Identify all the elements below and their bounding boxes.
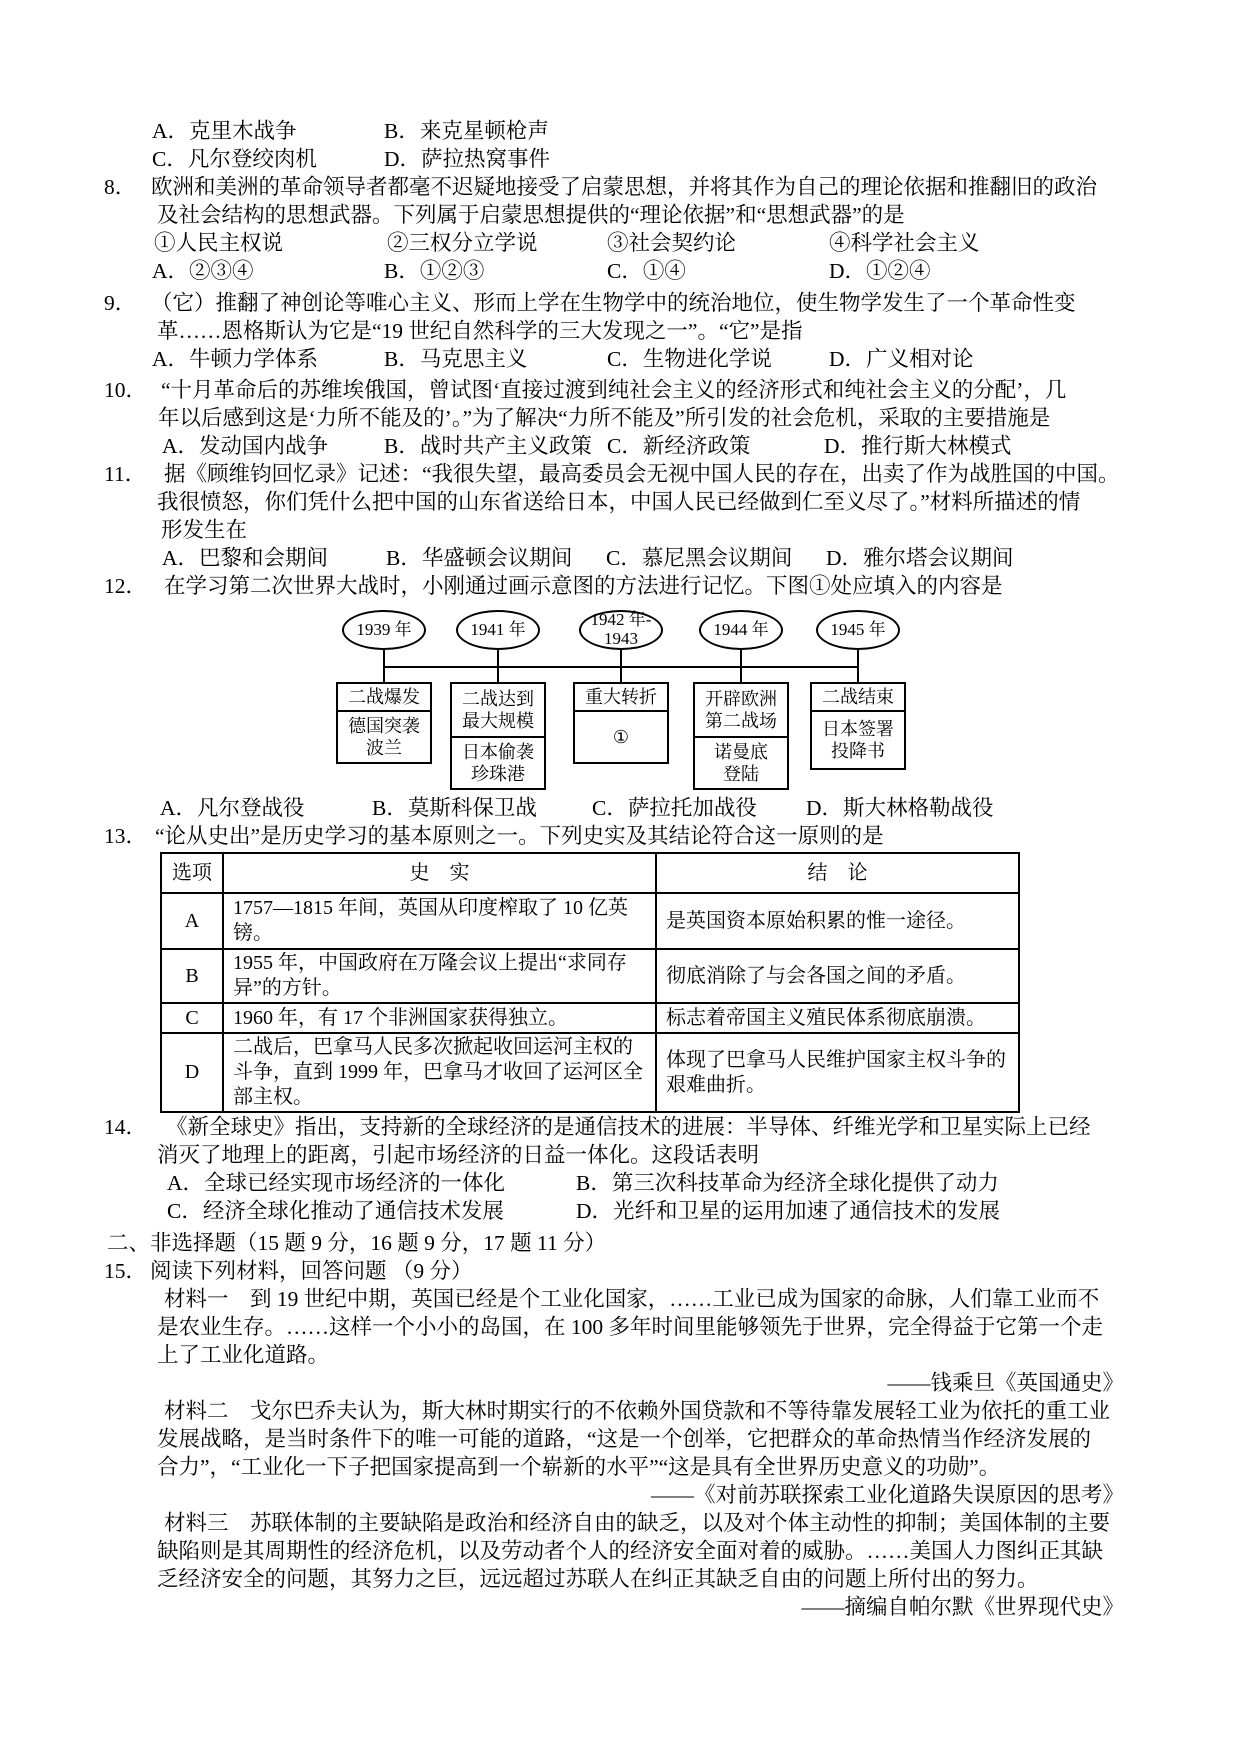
q14-options-row-1-seg-1: B．第三次科技革命为经济全球化提供了动力	[576, 1169, 999, 1197]
timeline-event-box-2: 重大转折①	[573, 682, 669, 764]
q8-options-seg-2: C．①④	[607, 257, 686, 285]
table-header-0: 选项	[161, 853, 223, 893]
timeline-event-label-0: 二战爆发	[338, 684, 430, 712]
timeline-connector-0	[383, 650, 385, 682]
table-cell-A-fact: 1757—1815 年间，英国从印度榨取了 10 亿英镑。	[223, 893, 656, 949]
timeline-connector-2	[620, 650, 622, 682]
table-row-C: C1960 年，有 17 个非洲国家获得独立。标志着帝国主义殖民体系彻底崩溃。	[161, 1003, 1019, 1033]
q15-material-2-source-seg-0: ——《对前苏联探索工业化道路失误原因的思考》	[651, 1481, 1124, 1509]
timeline-event-box-4: 二战结束日本签署 投降书	[810, 682, 906, 770]
timeline-event-detail-2: ①	[575, 712, 667, 762]
q10-options-seg-0: A．发动国内战争	[162, 432, 328, 460]
timeline-year-oval-0: 1939 年	[342, 610, 426, 650]
q11-stem-line-2: 我很愤怒，你们凭什么把中国的山东省送给日本，中国人民已经做到仁至义尽了。”材料所…	[0, 488, 1234, 516]
table-cell-D-option: D	[161, 1033, 223, 1112]
q14-stem-line-1-seg-1: 《新全球史》指出，支持新的全球经济的是通信技术的进展：半导体、纤维光学和卫星实际…	[166, 1113, 1091, 1141]
q9-options: A．牛顿力学体系B．马克思主义C．生物进化学说D．广义相对论	[0, 345, 1234, 373]
q15-material-2-line-1-seg-0: 材料二 戈尔巴乔夫认为，斯大林时期实行的不依赖外国贷款和不等待靠发展轻工业为依托…	[164, 1397, 1110, 1425]
q11-stem-line-1: 11．据《顾维钧回忆录》记述：“我很失望，最高委员会无视中国人民的存在，出卖了作…	[0, 460, 1234, 488]
q8-numbered-items-seg-2: ③社会契约论	[607, 229, 736, 257]
timeline-event-detail-1: 日本偷袭 珍珠港	[452, 738, 544, 788]
table-cell-D-conclusion: 体现了巴拿马人民维护国家主权斗争的艰难曲折。	[656, 1033, 1019, 1112]
q10-stem-line-1-seg-1: “十月革命后的苏维埃俄国，曾试图‘直接过渡到纯社会主义的经济形式和纯社会主义的分…	[161, 376, 1066, 404]
q14-stem-line-2: 消灭了地理上的距离，引起市场经济的日益一体化。这段话表明	[0, 1141, 1234, 1169]
q8-options-seg-1: B．①②③	[384, 257, 484, 285]
timeline-connector-4	[857, 650, 859, 682]
q10-options-seg-3: D．推行斯大林模式	[824, 432, 1012, 460]
q10-options-seg-2: C．新经济政策	[607, 432, 750, 460]
q15-material-3-line-2: 缺陷则是其周期性的经济危机，以及劳动者个人的经济安全面对着的威胁。……美国人力图…	[0, 1537, 1234, 1565]
q15-material-3-line-1-seg-0: 材料三 苏联体制的主要缺陷是政治和经济自由的缺乏，以及对个体主动性的抑制；美国体…	[164, 1509, 1110, 1537]
q10-options: A．发动国内战争B．战时共产主义政策C．新经济政策D．推行斯大林模式	[0, 432, 1234, 460]
q14-stem-line-1: 14．《新全球史》指出，支持新的全球经济的是通信技术的进展：半导体、纤维光学和卫…	[0, 1113, 1234, 1141]
q15-material-3-line-1: 材料三 苏联体制的主要缺陷是政治和经济自由的缺乏，以及对个体主动性的抑制；美国体…	[0, 1509, 1234, 1537]
q15-material-1-line-3-seg-0: 上了工业化道路。	[157, 1341, 329, 1369]
q15-material-2-line-1: 材料二 戈尔巴乔夫认为，斯大林时期实行的不依赖外国贷款和不等待靠发展轻工业为依托…	[0, 1397, 1234, 1425]
q8-options-seg-3: D．①②④	[829, 257, 931, 285]
q15-material-3-source-seg-0: ——摘编自帕尔默《世界现代史》	[801, 1593, 1124, 1621]
q15-stem-seg-0: 15．	[104, 1257, 147, 1285]
q8-numbered-items: ①人民主权说②三权分立学说③社会契约论④科学社会主义	[0, 229, 1234, 257]
q7-option-row-1-seg-1: B．来克星顿枪声	[384, 117, 549, 145]
q13-fact-conclusion-table: 选项史 实结 论A1757—1815 年间，英国从印度榨取了 10 亿英镑。是英…	[160, 852, 1020, 1113]
q7-option-row-1-seg-0: A．克里木战争	[152, 117, 297, 145]
table-cell-D-fact: 二战后，巴拿马人民多次掀起收回运河主权的斗争，直到 1999 年，巴拿马才收回了…	[223, 1033, 656, 1112]
q11-options-seg-1: B．华盛顿会议期间	[386, 544, 572, 572]
q10-options-seg-1: B．战时共产主义政策	[384, 432, 592, 460]
timeline-event-label-1: 二战达到 最大规模	[452, 684, 544, 738]
q9-stem-line-1-seg-0: 9．	[104, 289, 136, 317]
q13-stem-seg-1: “论从史出”是历史学习的基本原则之一。下列史实及其结论符合这一原则的是	[155, 822, 884, 850]
q11-stem-line-1-seg-1: 据《顾维钧回忆录》记述：“我很失望，最高委员会无视中国人民的存在，出卖了作为战胜…	[164, 460, 1120, 488]
q9-options-seg-2: C．生物进化学说	[607, 345, 772, 373]
q9-stem-line-1-seg-1: （它）推翻了神创论等唯心主义、形而上学在生物学中的统治地位，使生物学发生了一个革…	[151, 289, 1076, 317]
q15-material-3-line-3-seg-0: 乏经济安全的问题，其努力之巨，远远超过苏联人在纠正其缺乏自由的问题上所付出的努力…	[157, 1565, 1039, 1593]
q11-options-seg-3: D．雅尔塔会议期间	[826, 544, 1014, 572]
timeline-event-detail-3: 诺曼底 登陆	[695, 738, 787, 788]
timeline-event-detail-0: 德国突袭 波兰	[338, 712, 430, 762]
q11-stem-line-1-seg-0: 11．	[104, 460, 146, 488]
q15-material-3-source: ——摘编自帕尔默《世界现代史》	[0, 1593, 1234, 1621]
q15-material-1-source: ——钱乘旦《英国通史》	[0, 1369, 1234, 1397]
q15-material-3-line-2-seg-0: 缺陷则是其周期性的经济危机，以及劳动者个人的经济安全面对着的威胁。……美国人力图…	[157, 1537, 1103, 1565]
q8-stem-line-1-seg-1: 欧洲和美洲的革命领导者都毫不迟疑地接受了启蒙思想，并将其作为自己的理论依据和推翻…	[151, 173, 1097, 201]
q15-material-1-line-1: 材料一 到 19 世纪中期，英国已经是个工业化国家，……工业已成为国家的命脉，人…	[0, 1285, 1234, 1313]
q10-stem-line-2: 年以后感到这是‘力所不能及的’。”为了解决“力所不能及”所引发的社会危机，采取的…	[0, 404, 1234, 432]
table-cell-B-option: B	[161, 949, 223, 1003]
q15-material-1-line-2-seg-0: 是农业生存。……这样一个小小的岛国，在 100 多年时间里能够领先于世界，完全得…	[157, 1313, 1103, 1341]
table-cell-A-option: A	[161, 893, 223, 949]
exam-paper-page: A．克里木战争B．来克星顿枪声C．凡尔登绞肉机D．萨拉热窝事件8．欧洲和美洲的革…	[0, 0, 1234, 1748]
q11-stem-line-3-seg-0: 形发生在	[161, 516, 247, 544]
table-header-1: 史 实	[223, 853, 656, 893]
q15-material-3-line-3: 乏经济安全的问题，其努力之巨，远远超过苏联人在纠正其缺乏自由的问题上所付出的努力…	[0, 1565, 1234, 1593]
q14-stem-line-2-seg-0: 消灭了地理上的距离，引起市场经济的日益一体化。这段话表明	[157, 1141, 759, 1169]
q14-options-row-2: C．经济全球化推动了通信技术发展D．光纤和卫星的运用加速了通信技术的发展	[0, 1197, 1234, 1225]
q10-stem-line-1: 10．“十月革命后的苏维埃俄国，曾试图‘直接过渡到纯社会主义的经济形式和纯社会主…	[0, 376, 1234, 404]
q14-options-row-1-seg-0: A．全球已经实现市场经济的一体化	[167, 1169, 505, 1197]
q8-stem-line-1-seg-0: 8．	[104, 173, 136, 201]
q8-options-seg-0: A．②③④	[152, 257, 254, 285]
table-cell-C-option: C	[161, 1003, 223, 1033]
table-header-row: 选项史 实结 论	[161, 853, 1019, 893]
q8-stem-line-1: 8．欧洲和美洲的革命领导者都毫不迟疑地接受了启蒙思想，并将其作为自己的理论依据和…	[0, 173, 1234, 201]
timeline-event-box-3: 开辟欧洲 第二战场诺曼底 登陆	[693, 682, 789, 790]
q14-stem-line-1-seg-0: 14．	[104, 1113, 147, 1141]
table-row-B: B1955 年，中国政府在万隆会议上提出“求同存异”的方针。彻底消除了与会各国之…	[161, 949, 1019, 1003]
timeline-connector-1	[497, 650, 499, 682]
q8-stem-line-2-seg-0: 及社会结构的思想武器。下列属于启蒙思想提供的“理论依据”和“思想武器”的是	[157, 201, 905, 229]
q13-stem: 13．“论从史出”是历史学习的基本原则之一。下列史实及其结论符合这一原则的是	[0, 822, 1234, 850]
q15-material-2-line-2-seg-0: 发展战略，是当时条件下的唯一可能的道路，“这是一个创举，它把群众的革命热情当作经…	[157, 1425, 1091, 1453]
table-header-2: 结 论	[656, 853, 1019, 893]
q9-stem-line-2-seg-0: 革……恩格斯认为它是“19 世纪自然科学的三大发现之一”。“它”是指	[157, 317, 803, 345]
q8-numbered-items-seg-3: ④科学社会主义	[829, 229, 980, 257]
q12-stem: 12．在学习第二次世界大战时，小刚通过画示意图的方法进行记忆。下图①处应填入的内…	[0, 572, 1234, 600]
q9-stem-line-2: 革……恩格斯认为它是“19 世纪自然科学的三大发现之一”。“它”是指	[0, 317, 1234, 345]
q11-stem-line-2-seg-0: 我很愤怒，你们凭什么把中国的山东省送给日本，中国人民已经做到仁至义尽了。”材料所…	[157, 488, 1080, 516]
q9-stem-line-1: 9．（它）推翻了神创论等唯心主义、形而上学在生物学中的统治地位，使生物学发生了一…	[0, 289, 1234, 317]
timeline-event-label-3: 开辟欧洲 第二战场	[695, 684, 787, 738]
q8-numbered-items-seg-0: ①人民主权说	[154, 229, 283, 257]
q7-option-row-1: A．克里木战争B．来克星顿枪声	[0, 117, 1234, 145]
q15-stem: 15．阅读下列材料，回答问题 （9 分）	[0, 1257, 1234, 1285]
timeline-event-box-1: 二战达到 最大规模日本偷袭 珍珠港	[450, 682, 546, 790]
q10-stem-line-2-seg-0: 年以后感到这是‘力所不能及的’。”为了解决“力所不能及”所引发的社会危机，采取的…	[158, 404, 1050, 432]
q8-numbered-items-seg-1: ②三权分立学说	[387, 229, 538, 257]
q7-option-row-2: C．凡尔登绞肉机D．萨拉热窝事件	[0, 145, 1234, 173]
q15-material-1-line-1-seg-0: 材料一 到 19 世纪中期，英国已经是个工业化国家，……工业已成为国家的命脉，人…	[164, 1285, 1099, 1313]
q15-material-1-line-2: 是农业生存。……这样一个小小的岛国，在 100 多年时间里能够领先于世界，完全得…	[0, 1313, 1234, 1341]
table-row-D: D二战后，巴拿马人民多次掀起收回运河主权的斗争，直到 1999 年，巴拿马才收回…	[161, 1033, 1019, 1112]
table-cell-B-fact: 1955 年，中国政府在万隆会议上提出“求同存异”的方针。	[223, 949, 656, 1003]
q7-option-row-2-seg-1: D．萨拉热窝事件	[384, 145, 550, 173]
q15-material-2-line-3-seg-0: 合力”，“工业化一下子把国家提高到一个崭新的水平”“这是具有全世界历史意义的功勋…	[157, 1453, 1000, 1481]
table-row-A: A1757—1815 年间，英国从印度榨取了 10 亿英镑。是英国资本原始积累的…	[161, 893, 1019, 949]
table-cell-A-conclusion: 是英国资本原始积累的惟一途径。	[656, 893, 1019, 949]
q9-options-seg-3: D．广义相对论	[829, 345, 974, 373]
section-two-heading-seg-0: 二、非选择题（15 题 9 分，16 题 9 分，17 题 11 分）	[107, 1229, 606, 1257]
q8-options: A．②③④B．①②③C．①④D．①②④	[0, 257, 1234, 285]
table-cell-C-conclusion: 标志着帝国主义殖民体系彻底崩溃。	[656, 1003, 1019, 1033]
q15-material-2-line-2: 发展战略，是当时条件下的唯一可能的道路，“这是一个创举，它把群众的革命热情当作经…	[0, 1425, 1234, 1453]
section-two-heading: 二、非选择题（15 题 9 分，16 题 9 分，17 题 11 分）	[0, 1229, 1234, 1257]
table-cell-C-fact: 1960 年，有 17 个非洲国家获得独立。	[223, 1003, 656, 1033]
q11-options: A．巴黎和会期间B．华盛顿会议期间C．慕尼黑会议期间D．雅尔塔会议期间	[0, 544, 1234, 572]
q11-options-seg-0: A．巴黎和会期间	[162, 544, 328, 572]
q15-material-1-line-3: 上了工业化道路。	[0, 1341, 1234, 1369]
q10-stem-line-1-seg-0: 10．	[104, 376, 147, 404]
timeline-event-detail-4: 日本签署 投降书	[812, 712, 904, 768]
q12-options-seg-0: A．凡尔登战役	[160, 794, 305, 822]
q15-material-2-line-3: 合力”，“工业化一下子把国家提高到一个崭新的水平”“这是具有全世界历史意义的功勋…	[0, 1453, 1234, 1481]
q14-options-row-1: A．全球已经实现市场经济的一体化B．第三次科技革命为经济全球化提供了动力	[0, 1169, 1234, 1197]
q12-stem-seg-1: 在学习第二次世界大战时，小刚通过画示意图的方法进行记忆。下图①处应填入的内容是	[164, 572, 1003, 600]
q15-material-1-source-seg-0: ——钱乘旦《英国通史》	[887, 1369, 1124, 1397]
q7-option-row-2-seg-0: C．凡尔登绞肉机	[152, 145, 317, 173]
timeline-year-oval-4: 1945 年	[816, 610, 900, 650]
timeline-connector-3	[740, 650, 742, 682]
timeline-year-oval-1: 1941 年	[456, 610, 540, 650]
timeline-event-label-4: 二战结束	[812, 684, 904, 712]
timeline-event-label-2: 重大转折	[575, 684, 667, 712]
q11-stem-line-3: 形发生在	[0, 516, 1234, 544]
q14-options-row-2-seg-1: D．光纤和卫星的运用加速了通信技术的发展	[576, 1197, 1000, 1225]
table-cell-B-conclusion: 彻底消除了与会各国之间的矛盾。	[656, 949, 1019, 1003]
q15-stem-seg-1: 阅读下列材料，回答问题 （9 分）	[150, 1257, 473, 1285]
timeline-event-box-0: 二战爆发德国突袭 波兰	[336, 682, 432, 764]
q13-table-body: 选项史 实结 论A1757—1815 年间，英国从印度榨取了 10 亿英镑。是英…	[161, 853, 1019, 1112]
q11-options-seg-2: C．慕尼黑会议期间	[606, 544, 792, 572]
q12-stem-seg-0: 12．	[104, 572, 147, 600]
q15-material-2-source: ——《对前苏联探索工业化道路失误原因的思考》	[0, 1481, 1234, 1509]
timeline-year-oval-2: 1942 年- 1943	[579, 610, 663, 650]
q8-stem-line-2: 及社会结构的思想武器。下列属于启蒙思想提供的“理论依据”和“思想武器”的是	[0, 201, 1234, 229]
q9-options-seg-1: B．马克思主义	[384, 345, 527, 373]
q13-stem-seg-0: 13．	[104, 822, 147, 850]
q9-options-seg-0: A．牛顿力学体系	[152, 345, 318, 373]
ww2-timeline-diagram: 1939 年二战爆发德国突袭 波兰1941 年二战达到 最大规模日本偷袭 珍珠港…	[300, 598, 940, 804]
timeline-year-oval-3: 1944 年	[699, 610, 783, 650]
q14-options-row-2-seg-0: C．经济全球化推动了通信技术发展	[167, 1197, 504, 1225]
